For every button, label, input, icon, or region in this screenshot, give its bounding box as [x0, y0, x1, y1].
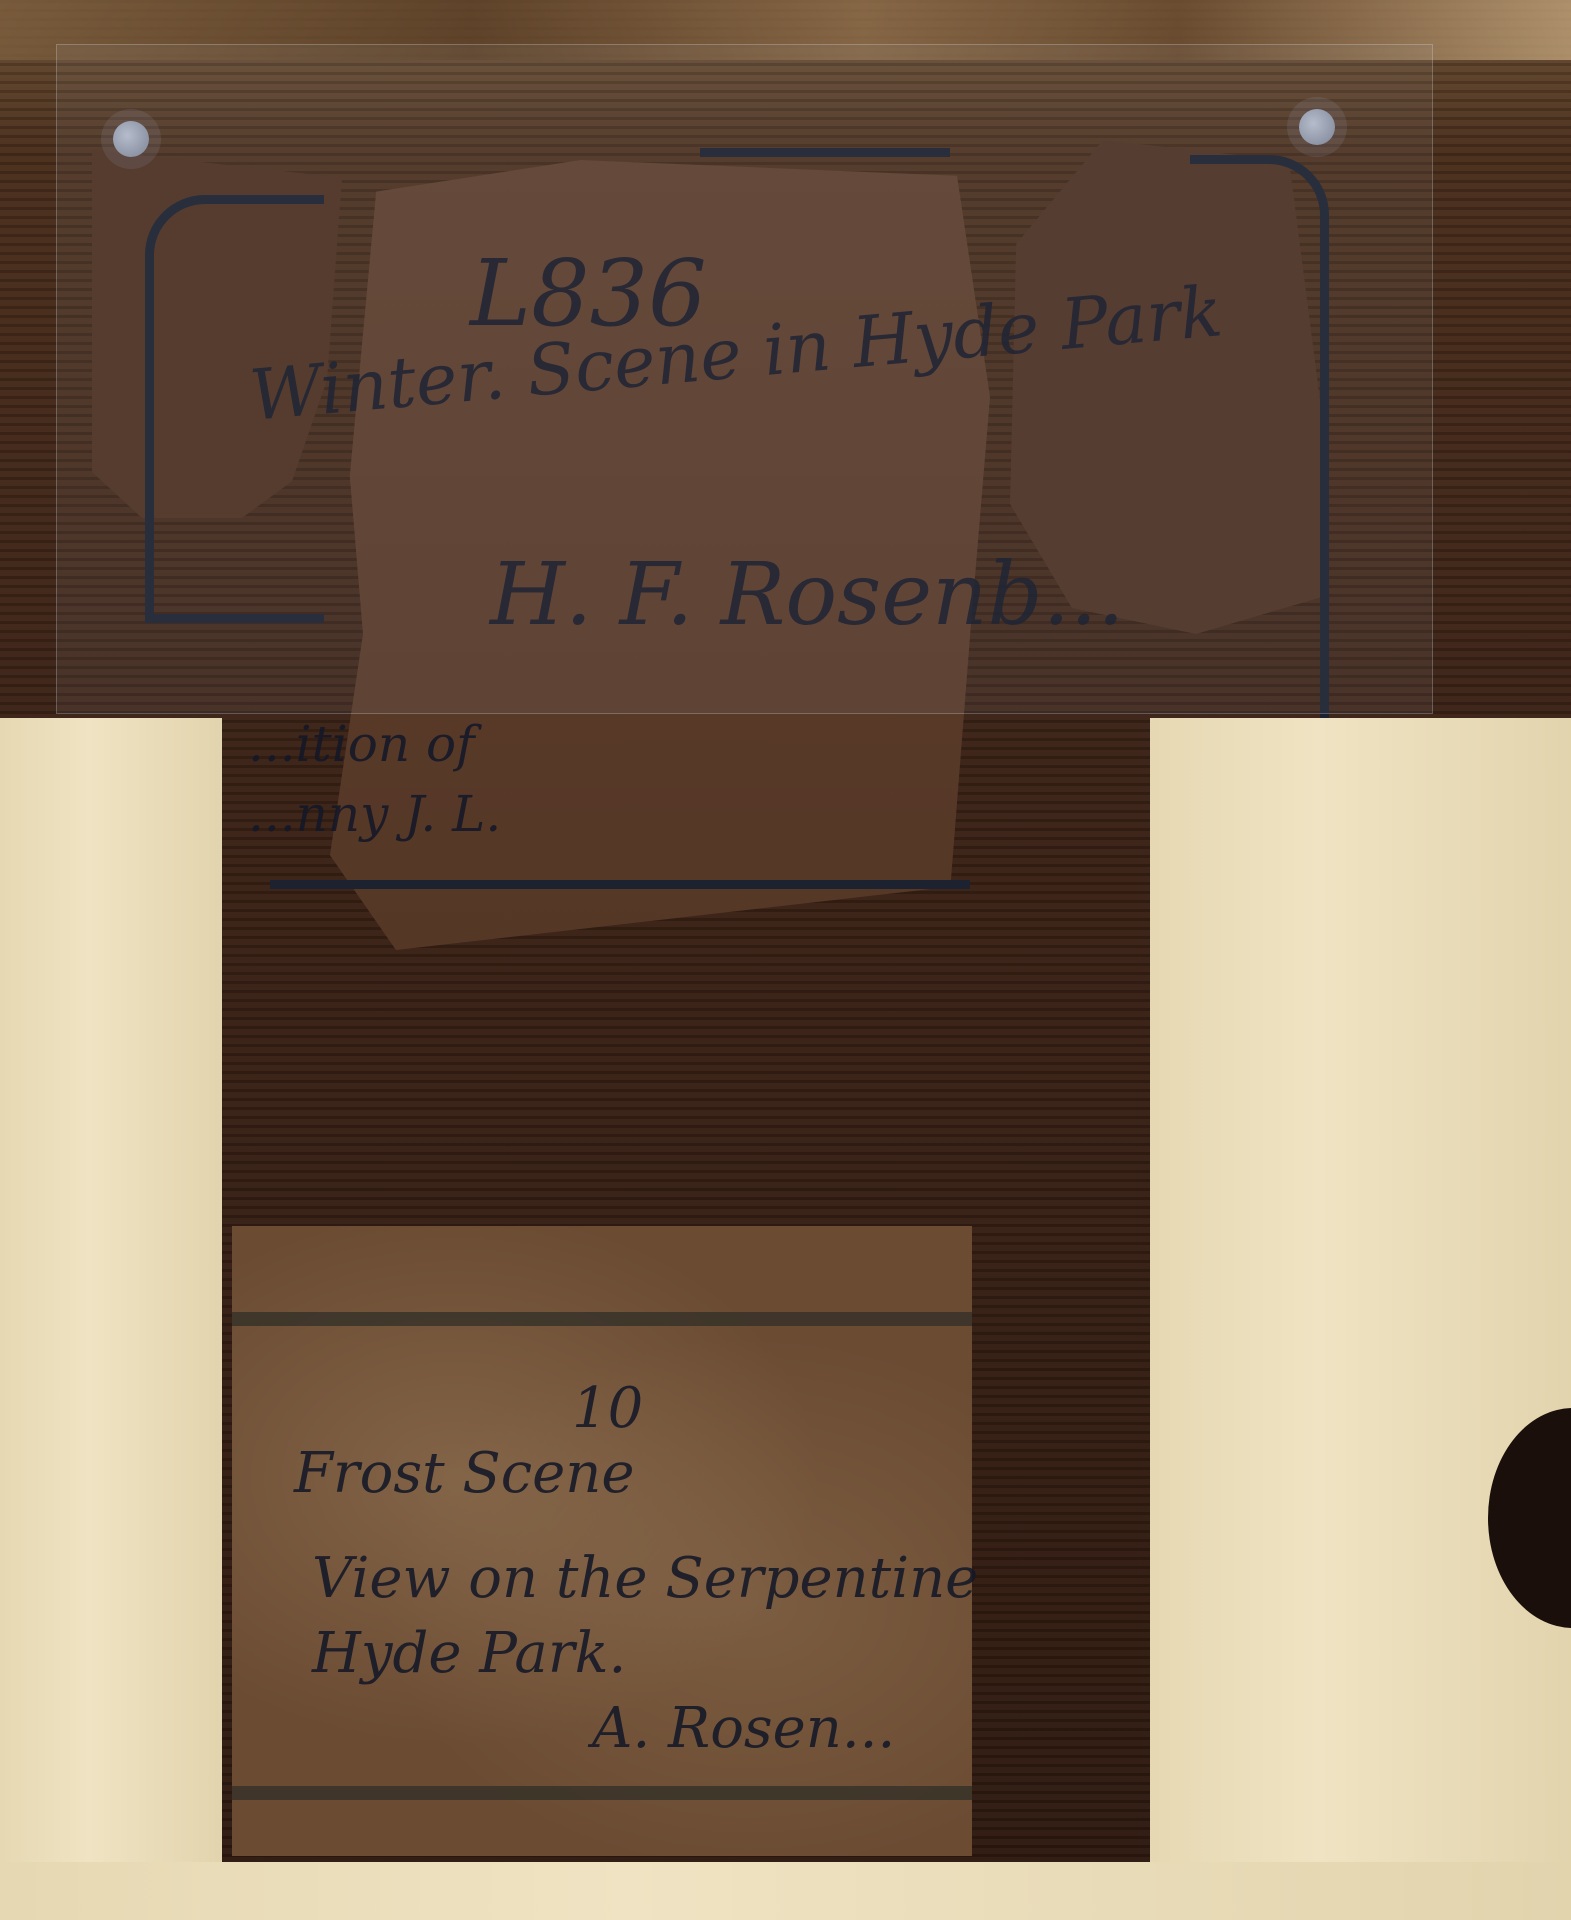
lower-label-line1: Frost Scene	[294, 1441, 634, 1506]
pin-icon	[113, 121, 149, 157]
pin-icon	[1299, 109, 1335, 145]
mat-board-right	[1150, 718, 1571, 1920]
upper-label-fragment-2: ...nny J. L.	[248, 785, 501, 843]
lower-label-line3: Hyde Park.	[312, 1621, 626, 1686]
mat-board-bottom	[0, 1862, 1571, 1920]
lower-label-number: 10	[572, 1376, 643, 1441]
label-border-bottom	[270, 880, 970, 889]
lower-label-signature: A. Rosen...	[592, 1696, 895, 1761]
lower-label: 10 Frost Scene View on the Serpentine Hy…	[232, 1226, 972, 1856]
lower-label-line2: View on the Serpentine	[312, 1546, 978, 1611]
mat-board-left	[0, 718, 222, 1920]
label-stripe-bottom	[232, 1786, 972, 1800]
acetate-sheet	[56, 44, 1433, 714]
label-stripe-top	[232, 1312, 972, 1326]
upper-label-fragment-1: ...ition of	[248, 715, 475, 773]
